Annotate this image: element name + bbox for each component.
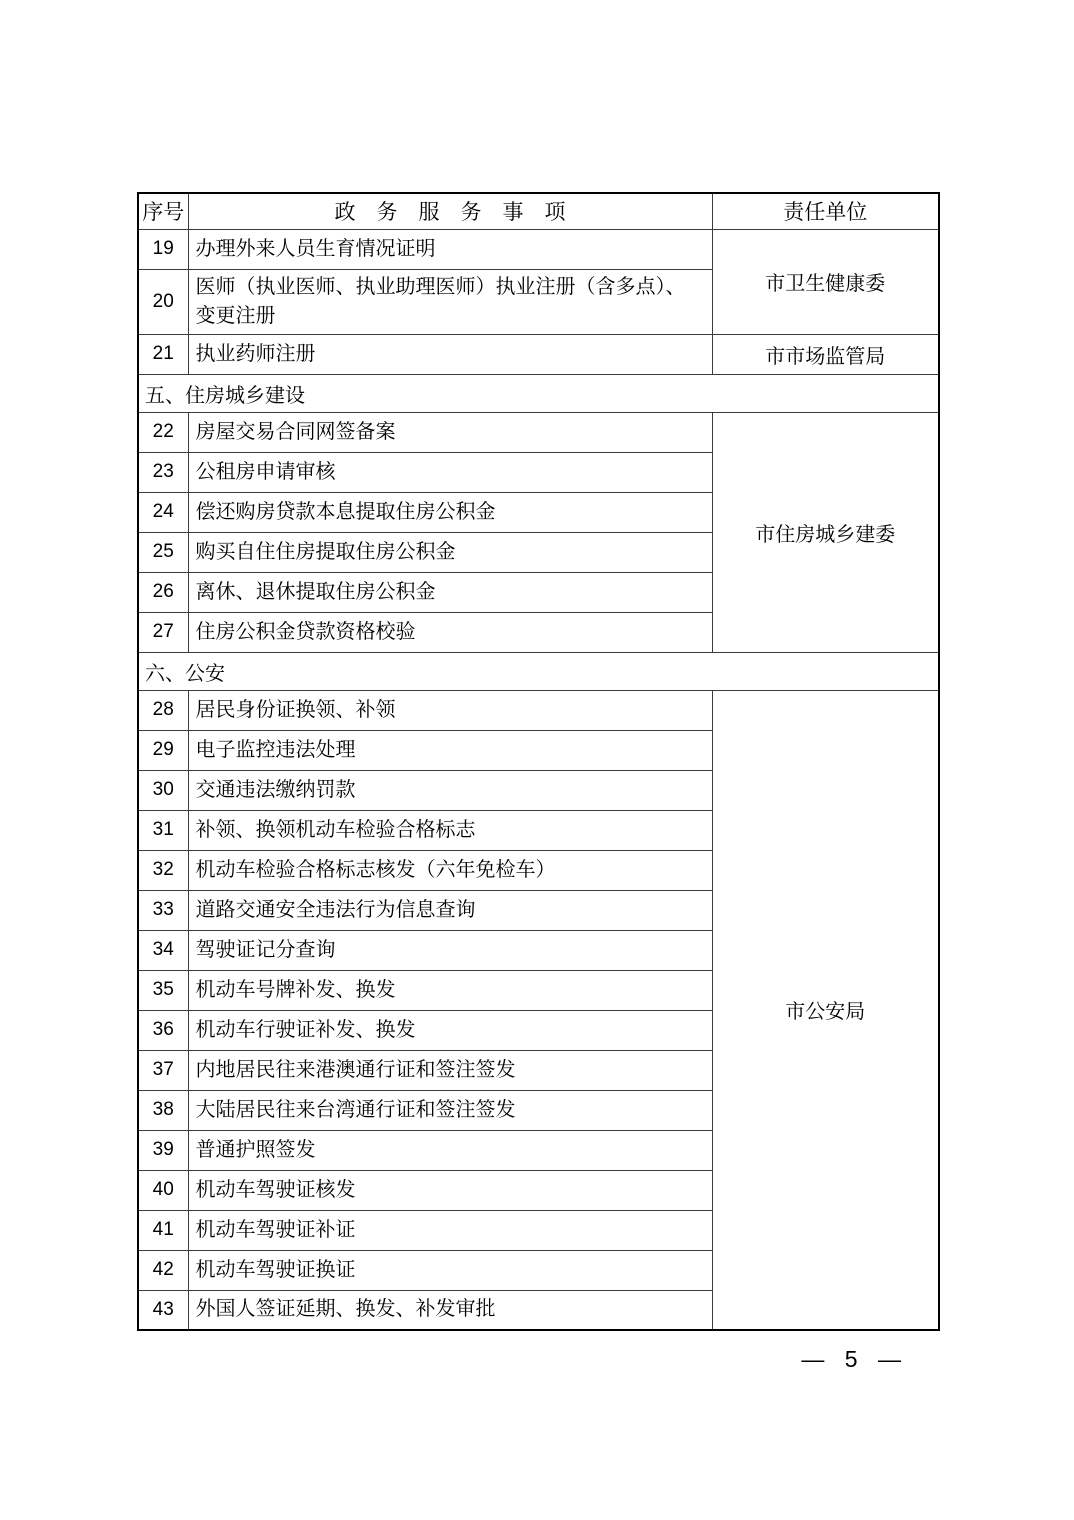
row-number-cell: 30 — [138, 770, 188, 810]
service-item-cell: 居民身份证换领、补领 — [188, 690, 712, 730]
service-item-cell: 补领、换领机动车检验合格标志 — [188, 810, 712, 850]
page-number: — 5 — — [0, 1346, 908, 1373]
row-number-cell: 19 — [138, 229, 188, 269]
service-item-cell: 医师（执业医师、执业助理医师）执业注册（含多点）、变更注册 — [188, 269, 712, 334]
row-number-cell: 23 — [138, 452, 188, 492]
service-item-cell: 外国人签证延期、换发、补发审批 — [188, 1290, 712, 1330]
service-item-cell: 机动车驾驶证换证 — [188, 1250, 712, 1290]
responsible-unit-cell: 市卫生健康委 — [712, 229, 939, 334]
responsible-unit-cell: 市公安局 — [712, 690, 939, 1330]
service-item-cell: 交通违法缴纳罚款 — [188, 770, 712, 810]
table-row: 19办理外来人员生育情况证明市卫生健康委 — [138, 229, 939, 269]
row-number-cell: 24 — [138, 492, 188, 532]
row-number-cell: 43 — [138, 1290, 188, 1330]
service-item-cell: 机动车驾驶证核发 — [188, 1170, 712, 1210]
row-number-cell: 26 — [138, 572, 188, 612]
row-number-cell: 34 — [138, 930, 188, 970]
table-row: 28居民身份证换领、补领市公安局 — [138, 690, 939, 730]
row-number-cell: 41 — [138, 1210, 188, 1250]
row-number-cell: 40 — [138, 1170, 188, 1210]
service-item-cell: 机动车检验合格标志核发（六年免检车） — [188, 850, 712, 890]
table-body: 19办理外来人员生育情况证明市卫生健康委20医师（执业医师、执业助理医师）执业注… — [138, 229, 939, 1330]
row-number-cell: 33 — [138, 890, 188, 930]
row-number-cell: 31 — [138, 810, 188, 850]
responsible-unit-cell: 市市场监管局 — [712, 334, 939, 374]
service-item-cell: 机动车行驶证补发、换发 — [188, 1010, 712, 1050]
service-items-table: 序号 政 务 服 务 事 项 责任单位 19办理外来人员生育情况证明市卫生健康委… — [137, 192, 940, 1331]
row-number-cell: 27 — [138, 612, 188, 652]
row-number-cell: 39 — [138, 1130, 188, 1170]
row-number-cell: 29 — [138, 730, 188, 770]
table-header-row: 序号 政 务 服 务 事 项 责任单位 — [138, 193, 939, 229]
row-number-cell: 37 — [138, 1050, 188, 1090]
table-row: 21执业药师注册市市场监管局 — [138, 334, 939, 374]
header-service-item: 政 务 服 务 事 项 — [188, 193, 712, 229]
service-item-cell: 住房公积金贷款资格校验 — [188, 612, 712, 652]
section-label: 六、公安 — [138, 652, 939, 690]
row-number-cell: 22 — [138, 412, 188, 452]
service-item-cell: 机动车号牌补发、换发 — [188, 970, 712, 1010]
service-item-cell: 道路交通安全违法行为信息查询 — [188, 890, 712, 930]
section-row: 六、公安 — [138, 652, 939, 690]
row-number-cell: 28 — [138, 690, 188, 730]
row-number-cell: 38 — [138, 1090, 188, 1130]
row-number-cell: 36 — [138, 1010, 188, 1050]
service-item-cell: 执业药师注册 — [188, 334, 712, 374]
section-label: 五、住房城乡建设 — [138, 374, 939, 412]
service-item-cell: 驾驶证记分查询 — [188, 930, 712, 970]
service-item-cell: 离休、退休提取住房公积金 — [188, 572, 712, 612]
row-number-cell: 25 — [138, 532, 188, 572]
service-item-cell: 公租房申请审核 — [188, 452, 712, 492]
service-item-cell: 房屋交易合同网签备案 — [188, 412, 712, 452]
service-item-cell: 内地居民往来港澳通行证和签注签发 — [188, 1050, 712, 1090]
service-item-cell: 大陆居民往来台湾通行证和签注签发 — [188, 1090, 712, 1130]
table-row: 22房屋交易合同网签备案市住房城乡建委 — [138, 412, 939, 452]
document-page: 序号 政 务 服 务 事 项 责任单位 19办理外来人员生育情况证明市卫生健康委… — [0, 0, 1074, 1520]
service-item-cell: 偿还购房贷款本息提取住房公积金 — [188, 492, 712, 532]
row-number-cell: 32 — [138, 850, 188, 890]
service-item-cell: 购买自住住房提取住房公积金 — [188, 532, 712, 572]
row-number-cell: 35 — [138, 970, 188, 1010]
service-item-cell: 普通护照签发 — [188, 1130, 712, 1170]
row-number-cell: 42 — [138, 1250, 188, 1290]
header-no: 序号 — [138, 193, 188, 229]
row-number-cell: 20 — [138, 269, 188, 334]
section-row: 五、住房城乡建设 — [138, 374, 939, 412]
header-responsible-unit: 责任单位 — [712, 193, 939, 229]
responsible-unit-cell: 市住房城乡建委 — [712, 412, 939, 652]
service-item-cell: 办理外来人员生育情况证明 — [188, 229, 712, 269]
row-number-cell: 21 — [138, 334, 188, 374]
service-item-cell: 电子监控违法处理 — [188, 730, 712, 770]
service-item-cell: 机动车驾驶证补证 — [188, 1210, 712, 1250]
